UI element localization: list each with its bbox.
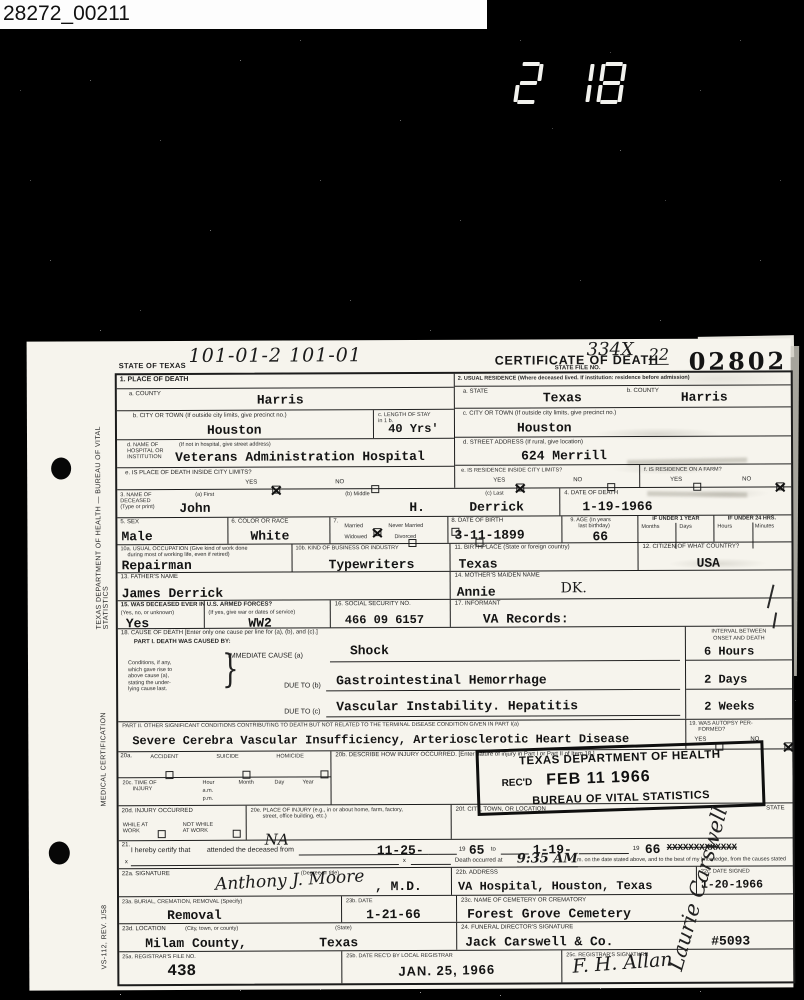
field-date-of-death: 4. DATE OF DEATH 1-19-1966 [559, 487, 791, 515]
seven-segment-display [516, 62, 624, 104]
punch-hole-top [51, 457, 71, 479]
signature-physician: Anthony J. Moore [214, 866, 364, 894]
field-birthplace: 11. BIRTHPLACE (State or foreign country… [449, 543, 637, 571]
value-death-city: Houston [207, 424, 262, 437]
handwritten-mothers-surname: DK. [561, 580, 587, 596]
field-kind-of-business: 10b. KIND OF BUSINESS OR INDUSTRY Typewr… [291, 544, 449, 572]
handwritten-code-2: 22 [649, 345, 669, 365]
value-disposition-date: 1-21-66 [366, 908, 421, 921]
field-armed-forces: 15. WAS DECEASED EVER IN U.S. ARMED FORC… [118, 600, 330, 628]
field-informant: 17. INFORMANT VA Records: [450, 598, 792, 626]
section-usual-residence: 2. USUAL RESIDENCE (Where deceased lived… [454, 372, 791, 487]
field-usual-occupation: 10a. USUAL OCCUPATION (Give kind of work… [117, 545, 291, 573]
value-interval-a: 6 Hours [704, 645, 754, 657]
field-if-under-1-year: IF UNDER 1 YEAR Months Days [637, 516, 713, 542]
value-citizen: USA [697, 557, 720, 570]
handwritten-death-time: 9:35 AM [517, 851, 578, 867]
field-date-recd-local-registrar: 25b. DATE REC'D BY LOCAL REGISTRAR JAN. … [341, 950, 561, 983]
field-burial-cremation-removal: 23a. BURIAL, CREMATION, REMOVAL (Specify… [119, 896, 341, 923]
side-text-department: TEXAS DEPARTMENT OF HEALTH — BUREAU OF V… [95, 389, 110, 629]
value-interval-b: 2 Days [704, 674, 747, 686]
field-social-security-no: 16. SOCIAL SECURITY NO. 466 09 6157 [330, 600, 450, 628]
value-hospital-name: Veterans Administration Hospital [175, 450, 425, 464]
field-disposition-location: 23d. LOCATION (City, town, or county) (S… [119, 923, 456, 951]
field-marital-status: 7. Married Never Married Widowed Divorce… [329, 517, 447, 544]
cause-line-a [330, 660, 680, 663]
value-sex: Male [121, 530, 152, 543]
stamp-recd: REC'D [501, 777, 532, 789]
value-immediate-cause: Shock [350, 644, 389, 657]
conditions-note: Conditions, if any,which gave rise toabo… [128, 660, 224, 693]
field-injury-occurred: 20d. INJURY OCCURRED WHILE AT WORK NOT W… [119, 806, 246, 841]
value-funeral-director: Jack Carswell & Co. [465, 935, 613, 949]
value-business: Typewriters [329, 558, 415, 571]
value-due-to-c: Vascular Instability. Hepatitis [336, 699, 578, 713]
value-informant: VA Records: [483, 612, 569, 625]
handwritten-file-numbers: 101-01-2 101-01 [189, 344, 362, 367]
value-attended-from-year: 65 [469, 844, 485, 857]
checkbox-while-at-work [158, 830, 166, 838]
field-physician-signature: 22a. SIGNATURE (Degree or title) Anthony… [119, 868, 451, 896]
field-accident-suicide-homicide: 20a. ACCIDENT SUICIDE HOMICIDE 20c. TIME… [118, 751, 330, 805]
value-residence-city: Houston [517, 421, 572, 434]
side-text-form-revision: VS-112, REV. 1/58 [101, 809, 109, 969]
field-date-of-birth: 8. DATE OF BIRTH 3-11-1899 [447, 516, 561, 542]
section-place-of-death: 1. PLACE OF DEATH a. COUNTY Harris b. CI… [117, 374, 454, 489]
field-physician-address: 22b. ADDRESS VA Hospital, Houston, Texas [451, 867, 696, 895]
field-death-county: a. COUNTY Harris [117, 387, 454, 410]
field-color-or-race: 6. COLOR OR RACE White [227, 517, 329, 543]
value-date-of-death: 1-19-1966 [582, 500, 652, 513]
value-occupation: Repairman [122, 559, 192, 572]
value-funeral-director-number: #5093 [711, 935, 750, 948]
field-funeral-director-signature: 24. FUNERAL DIRECTOR'S SIGNATURE Jack Ca… [456, 921, 793, 949]
value-race: White [250, 530, 289, 543]
value-attended-from-date: 11-25- [377, 844, 424, 857]
checkbox-married [373, 528, 381, 536]
value-length-of-stay: 40 Yrs' [388, 423, 438, 435]
certificate-paper: TEXAS DEPARTMENT OF HEALTH — BUREAU OF V… [27, 338, 794, 990]
side-text-medical-certification: MEDICAL CERTIFICATION [100, 636, 108, 806]
field-hospital-name: d. NAME OF HOSPITAL OR INSTITUTION (If n… [117, 438, 454, 467]
field-interval-onset-death: INTERVAL BETWEEN ONSET AND DEATH 6 Hours… [685, 626, 792, 718]
value-residence-county: Harris [681, 391, 728, 404]
value-death-county: Harris [257, 393, 304, 406]
scan-id-strip: 28272_00211 [0, 0, 487, 29]
field-mothers-maiden-name: 14. MOTHER'S MAIDEN NAME Annie DK. [450, 570, 792, 598]
field-length-of-stay: c. LENGTH OF STAY in 1 b. 40 Yrs' [373, 410, 454, 438]
field-cause-of-death: 18. CAUSE OF DEATH [Enter only one cause… [118, 627, 685, 721]
received-stamp: TEXAS DEPARTMENT OF HEALTH REC'D FEB 11 … [475, 740, 765, 816]
field-death-city: b. CITY OR TOWN (If outside city limits,… [117, 410, 373, 439]
value-cemetery: Forest Grove Cemetery [467, 907, 631, 921]
field-residence-city: c. CITY OR TOWN (If outside city limits,… [455, 406, 791, 436]
field-cemetery-name: 23c. NAME OF CEMETERY OR CREMATORY Fores… [456, 894, 793, 921]
field-fathers-name: 13. FATHER'S NAME James Derrick [118, 572, 450, 600]
handwritten-na: NA [265, 831, 289, 849]
field-name-of-deceased: 3. NAME OF DECEASED (Type or print) (a) … [117, 488, 559, 517]
value-last-name: Derrick [469, 501, 524, 514]
value-disposition: Removal [167, 909, 222, 922]
field-residence-inside-city-limits: e. IS RESIDENCE INSIDE CITY LIMITS? YES … [455, 465, 639, 489]
value-attended-to-year: 66 [645, 843, 661, 856]
value-degree: , M.D. [375, 880, 422, 893]
value-mothers-name: Annie [457, 586, 496, 599]
value-interval-c: 2 Weeks [704, 700, 754, 712]
value-street-address: 624 Merrill [521, 449, 607, 462]
value-residence-state: Texas [543, 391, 582, 404]
field-age: 9. AGE (In years last birthday) 66 [561, 516, 637, 542]
field-disposition-date: 23b. DATE 1-21-66 [341, 896, 456, 923]
stamp-date-received: JAN. 25, 1966 [398, 962, 495, 979]
value-physician-address: VA Hospital, Houston, Texas [458, 880, 652, 893]
value-location-state: Texas [319, 936, 358, 949]
field-residence-state-county: a. STATE Texas b. COUNTY Harris [455, 384, 791, 407]
stamp-date: FEB 11 1966 [546, 768, 651, 790]
value-first-name: John [179, 502, 210, 515]
scan-id-label: 28272_00211 [3, 2, 130, 25]
state-of-texas-label: STATE OF TEXAS [119, 361, 186, 370]
field-registrars-file-no: 25a. REGISTRAR'S FILE NO. 438 [119, 951, 341, 984]
checkbox-not-while-at-work [233, 830, 241, 838]
field-sex: 5. SEX Male [117, 518, 227, 544]
field-time-of-injury: 20c. TIME OF INJURY Hour a.m. p.m. Month… [118, 777, 330, 807]
punch-hole-bottom [49, 841, 70, 864]
field-if-under-24-hrs: IF UNDER 24 HRS. Hours Minutes [713, 515, 789, 541]
value-social-security: 466 09 6157 [345, 614, 424, 626]
value-part2-conditions: Severe Cerebra Vascular Insufficiency, A… [132, 733, 629, 747]
value-due-to-b: Gastrointestinal Hemorrhage [336, 673, 547, 687]
field-street-address: d. STREET ADDRESS (If rural, give locati… [455, 435, 791, 464]
handwritten-code: 334X [587, 339, 634, 360]
cause-line-b [326, 689, 680, 692]
value-birthplace: Texas [459, 558, 498, 571]
field-citizen-of: 12. CITIZEN OF WHAT COUNTRY? USA [637, 542, 791, 570]
value-registrar-file-no: 438 [167, 963, 196, 979]
cause-line-c [326, 715, 680, 718]
value-date-of-birth: 3-11-1899 [454, 528, 524, 541]
value-fathers-name: James Derrick [122, 587, 223, 600]
value-middle-name: H. [409, 501, 425, 514]
value-location-county: Milam County, [145, 937, 246, 950]
field-residence-on-farm: f. IS RESIDENCE ON A FARM? YES NO [639, 464, 791, 488]
